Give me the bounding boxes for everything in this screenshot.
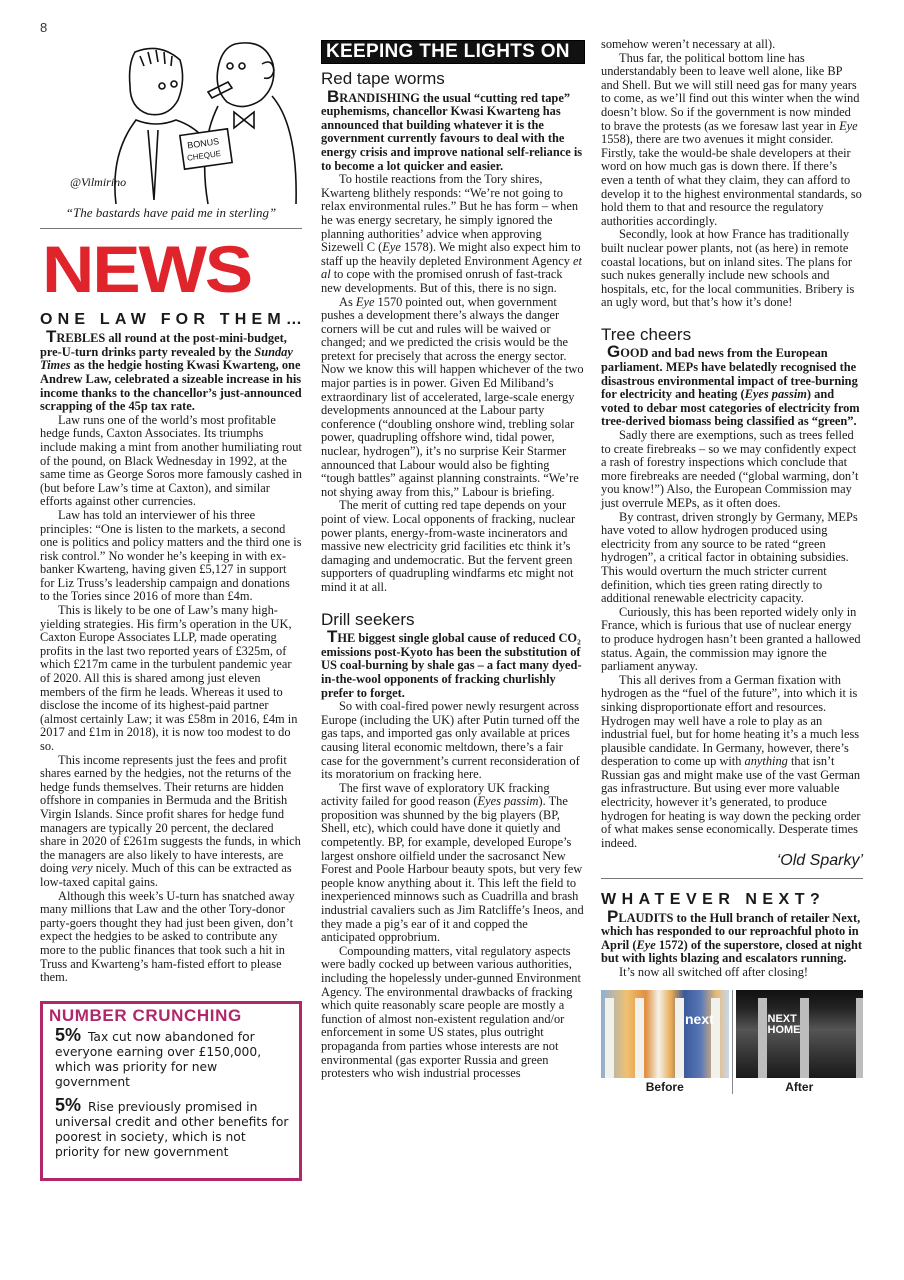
divider — [40, 228, 302, 229]
photo-divider — [732, 990, 733, 1095]
photo-before: next Before — [601, 990, 729, 1095]
drill-paragraph: Compounding matters, vital regulatory as… — [321, 945, 585, 1081]
red-tape-paragraph: The merit of cutting red tape depends on… — [321, 499, 585, 594]
trees-paragraph: Sadly there are exemptions, such as tree… — [601, 429, 863, 511]
drop-cap: G — [607, 342, 620, 361]
red-tape-paragraph: To hostile reactions from the Tory shire… — [321, 173, 585, 295]
news-paragraph: Law has told an interviewer of his three… — [40, 509, 302, 604]
trees-paragraph: Curiously, this has been reported widely… — [601, 606, 863, 674]
red-tape-lead: BRANDISHING the usual “cutting red tape”… — [321, 90, 585, 174]
photo-label-after: After — [736, 1081, 864, 1095]
drill-paragraph-continued: somehow weren’t necessary at all). — [601, 38, 863, 52]
author-signoff: ‘Old Sparky’ — [601, 854, 863, 868]
news-paragraph: This income represents just the fees and… — [40, 754, 302, 890]
store-photo-lit-image: next — [601, 990, 729, 1078]
stat-text: Tax cut now abandoned for everyone earni… — [55, 1030, 261, 1089]
drill-paragraph: The first wave of exploratory UK frackin… — [321, 782, 585, 945]
cartoon-caption: “The bastards have paid me in sterling” — [40, 206, 302, 220]
photo-label-before: Before — [601, 1081, 729, 1095]
drop-cap: P — [607, 907, 618, 926]
number-crunching-item: 5% Rise previously promised in universal… — [49, 1098, 293, 1160]
drill-paragraph: So with coal-fired power newly resurgent… — [321, 700, 585, 782]
whatever-next-lead: PLAUDITS to the Hull branch of retailer … — [601, 910, 863, 966]
drop-cap: T — [327, 627, 337, 646]
divider — [601, 878, 863, 879]
stat-value: 5% — [55, 1095, 81, 1115]
subheading-red-tape: Red tape worms — [321, 72, 585, 86]
drill-lead: THE biggest single global cause of reduc… — [321, 630, 585, 700]
artist-signature: @Vilmirino — [70, 175, 126, 189]
trees-paragraph: By contrast, driven strongly by Germany,… — [601, 511, 863, 606]
whatever-next-paragraph: It’s now all switched off after closing! — [601, 966, 863, 980]
column-lights-1: KEEPING THE LIGHTS ON Red tape worms BRA… — [321, 40, 585, 1081]
banner-keeping-the-lights-on: KEEPING THE LIGHTS ON — [321, 40, 585, 64]
column-lights-2: somehow weren’t necessary at all). Thus … — [601, 38, 863, 1094]
store-photo-dark-image: NEXT HOME — [736, 990, 864, 1078]
drop-cap: B — [327, 87, 339, 106]
number-crunching-box: NUMBER CRUNCHING 5% Tax cut now abandone… — [40, 1001, 302, 1182]
before-after-photos: next Before NEXT HOME After — [601, 990, 863, 1095]
headline-whatever-next: WHATEVER NEXT? — [601, 893, 863, 907]
subheading-tree-cheers: Tree cheers — [601, 328, 863, 342]
photo-after: NEXT HOME After — [736, 990, 864, 1095]
news-paragraph: This is likely to be one of Law’s many h… — [40, 604, 302, 754]
trees-paragraph: This all derives from a German fixation … — [601, 674, 863, 851]
column-news: BONUS CHEQUE @Vilmirino “The bastards ha… — [40, 34, 302, 1181]
store-sign: NEXT HOME — [768, 1014, 808, 1036]
subheading-drill-seekers: Drill seekers — [321, 613, 585, 627]
store-sign: next — [685, 1014, 714, 1025]
drill-paragraph: Secondly, look at how France has traditi… — [601, 228, 863, 310]
stat-text: Rise previously promised in universal cr… — [55, 1100, 288, 1159]
trees-lead: GOOD and bad news from the European parl… — [601, 345, 863, 429]
number-crunching-item: 5% Tax cut now abandoned for everyone ea… — [49, 1028, 293, 1090]
stat-value: 5% — [55, 1025, 81, 1045]
section-title-news: NEWS — [42, 239, 328, 299]
news-paragraph: Although this week’s U-turn has snatched… — [40, 890, 302, 985]
drill-paragraph: Thus far, the political bottom line has … — [601, 52, 863, 229]
page-number: 8 — [40, 20, 47, 35]
news-lead-paragraph: TREBLES all round at the post-mini-budge… — [40, 330, 302, 414]
headline-one-law: ONE LAW FOR THEM… — [40, 313, 302, 327]
cartoon-illustration: BONUS CHEQUE @Vilmirino — [40, 34, 302, 206]
news-paragraph: Law runs one of the world’s most profita… — [40, 414, 302, 509]
red-tape-paragraph: As Eye 1570 pointed out, when government… — [321, 296, 585, 500]
drop-cap: T — [46, 327, 56, 346]
number-crunching-title: NUMBER CRUNCHING — [49, 1009, 293, 1023]
cartoon-drawing-icon: BONUS CHEQUE @Vilmirino — [40, 34, 302, 206]
